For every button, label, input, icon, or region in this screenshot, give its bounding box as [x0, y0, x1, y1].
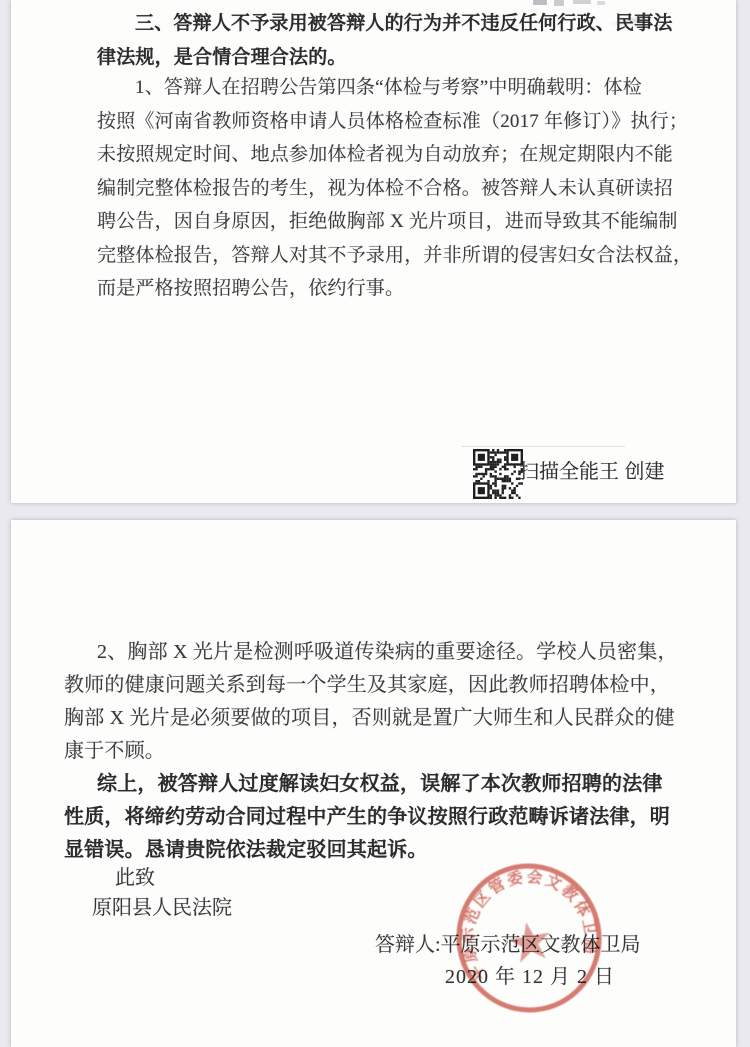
text-line: 而是严格按照招聘公告，依约行事。	[97, 272, 672, 306]
cutoff-text-remnant	[554, 0, 564, 6]
text-line: 聘公告，因自身原因，拒绝做胸部 X 光片项目，进而导致其不能编制	[97, 205, 672, 239]
cutoff-text-remnant	[533, 0, 547, 5]
conclusion-paragraph: 综上，被答辩人过度解读妇女权益，误解了本次教师招聘的法律性质，将缔约劳动合同过程…	[64, 768, 664, 867]
text-line: 1、答辩人在招聘公告第四条“体检与考察”中明确载明：体检	[97, 71, 672, 105]
text-line: 完整体检报告，答辩人对其不予录用，并非所谓的侵害妇女合法权益，	[97, 239, 672, 273]
text-line: 按照《河南省教师资格申请人员体格检查标准（2017 年修订）》执行；	[97, 105, 672, 139]
text-line: 胸部 X 光片是必须要做的项目，否则就是置广大师生和人民群众的健	[64, 702, 664, 735]
text-line: 未按照规定时间、地点参加体检者视为自动放弃；在规定期限内不能	[97, 138, 672, 172]
document-page-1: 三、答辩人不予录用被答辩人的行为并不违反任何行政、民事法律法规，是合情合理合法的…	[11, 0, 736, 503]
watermark-edge-line	[461, 446, 625, 447]
point-1-paragraph: 1、答辩人在招聘公告第四条“体检与考察”中明确载明：体检按照《河南省教师资格申请…	[97, 71, 672, 306]
document-page-2: 2、胸部 X 光片是检测呼吸道传染病的重要途径。学校人员密集，教师的健康问题关系…	[11, 520, 736, 1047]
text-line: 三、答辩人不予录用被答辩人的行为并不违反任何行政、民事法	[97, 7, 672, 41]
cutoff-text-remnant	[573, 0, 591, 4]
seal-star-icon	[506, 919, 554, 964]
court-name: 原阳县人民法院	[92, 891, 232, 920]
scanned-document-view: 三、答辩人不予录用被答辩人的行为并不违反任何行政、民事法律法规，是合情合理合法的…	[0, 0, 750, 1047]
text-line: 综上，被答辩人过度解读妇女权益，误解了本次教师招聘的法律	[64, 768, 664, 801]
watermark-label: 扫描全能王 创建	[519, 455, 665, 484]
section-3-heading: 三、答辩人不予录用被答辩人的行为并不违反任何行政、民事法律法规，是合情合理合法的…	[97, 7, 672, 74]
text-line: 康于不顾。	[64, 735, 664, 768]
point-2-paragraph: 2、胸部 X 光片是检测呼吸道传染病的重要途径。学校人员密集，教师的健康问题关系…	[64, 636, 664, 768]
seal-arc-text: 平原示范区管委会文教体卫局	[448, 858, 604, 986]
official-seal: 平原示范区管委会文教体卫局	[448, 858, 610, 1018]
text-line: 律法规，是合情合理合法的。	[97, 41, 672, 75]
text-line: 2、胸部 X 光片是检测呼吸道传染病的重要途径。学校人员密集，	[64, 636, 664, 669]
cutoff-text-remnant	[597, 1, 605, 5]
closing-salutation: 此致	[115, 861, 155, 890]
camscanner-watermark: 扫描全能王 创建	[459, 444, 689, 503]
qr-code-icon	[473, 448, 523, 500]
text-line: 编制完整体检报告的考生，视为体检不合格。被答辩人未认真研读招	[97, 172, 672, 206]
text-line: 教师的健康问题关系到每一个学生及其家庭，因此教师招聘体检中，	[64, 669, 664, 702]
text-line: 性质，将缔约劳动合同过程中产生的争议按照行政范畴诉诸法律，明	[64, 801, 664, 834]
